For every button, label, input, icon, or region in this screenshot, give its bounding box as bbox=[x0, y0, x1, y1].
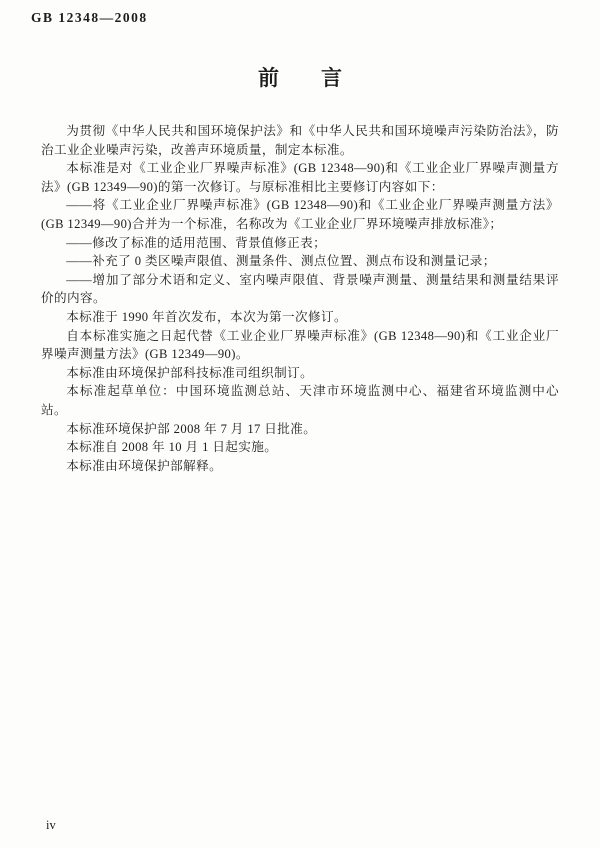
paragraph: 本标准起草单位：中国环境监测总站、天津市环境监测中心、福建省环境监测中心站。 bbox=[41, 382, 559, 419]
paragraph: 本标准于 1990 年首次发布，本次为第一次修订。 bbox=[41, 308, 559, 327]
page-title: 前 言 bbox=[0, 62, 600, 92]
document-page: GB 12348—2008 前 言 为贯彻《中华人民共和国环境保护法》和《中华人… bbox=[0, 0, 600, 848]
paragraph: 本标准由环境保护部解释。 bbox=[41, 457, 559, 476]
paragraph: 本标准自 2008 年 10 月 1 日起实施。 bbox=[41, 438, 559, 457]
paragraph: 本标准由环境保护部科技标准司组织制订。 bbox=[41, 364, 559, 383]
paragraph: 为贯彻《中华人民共和国环境保护法》和《中华人民共和国环境噪声污染防治法》，防治工… bbox=[41, 122, 559, 159]
foreword-body: 为贯彻《中华人民共和国环境保护法》和《中华人民共和国环境噪声污染防治法》，防治工… bbox=[41, 122, 559, 475]
paragraph: ——修改了标准的适用范围、背景值修正表； bbox=[41, 234, 559, 253]
paragraph: ——补充了 0 类区噪声限值、测量条件、测点位置、测点布设和测量记录； bbox=[41, 252, 559, 271]
paragraph: ——增加了部分术语和定义、室内噪声限值、背景噪声测量、测量结果和测量结果评价的内… bbox=[41, 271, 559, 308]
page-number: iv bbox=[46, 818, 56, 833]
doc-number: GB 12348—2008 bbox=[31, 10, 148, 26]
paragraph: ——将《工业企业厂界噪声标准》(GB 12348—90)和《工业企业厂界噪声测量… bbox=[41, 196, 559, 233]
paragraph: 自本标准实施之日起代替《工业企业厂界噪声标准》(GB 12348—90)和《工业… bbox=[41, 327, 559, 364]
paragraph: 本标准是对《工业企业厂界噪声标准》(GB 12348—90)和《工业企业厂界噪声… bbox=[41, 159, 559, 196]
paragraph: 本标准环境保护部 2008 年 7 月 17 日批准。 bbox=[41, 420, 559, 439]
